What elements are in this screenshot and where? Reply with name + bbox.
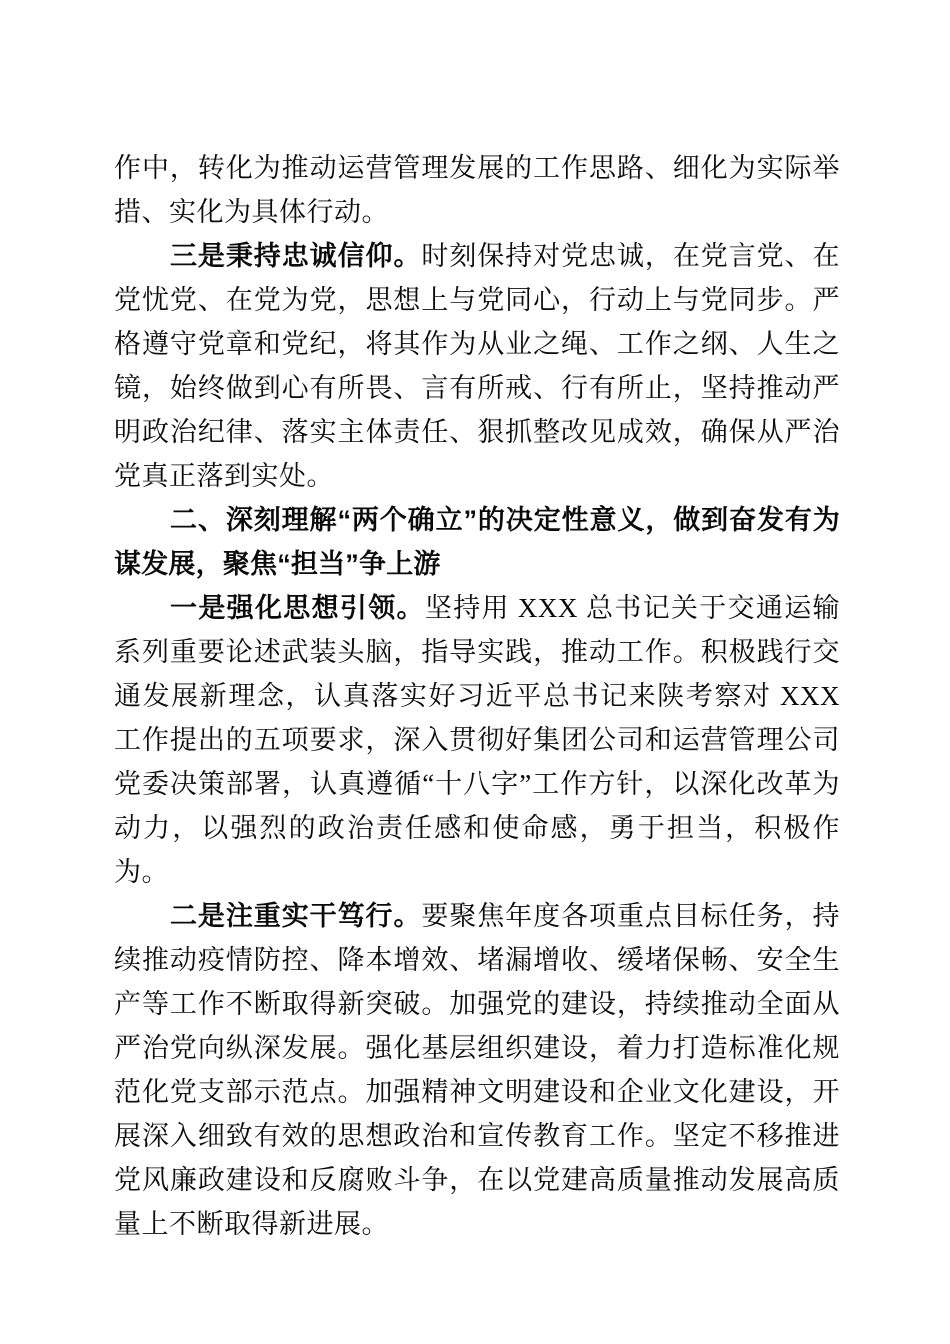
paragraph: 三是秉持忠诚信仰。时刻保持对党忠诚，在党言党、在党忧党、在党为党，思想上与党同心…: [114, 234, 840, 498]
text-run: 时刻保持对党忠诚，在党言党、在党忧党、在党为党，思想上与党同心，行动上与党同步。…: [114, 241, 840, 491]
bold-text-run: 一是强化思想引领。: [170, 593, 425, 623]
document-page: 作中，转化为推动运营管理发展的工作思路、细化为实际举措、实化为具体行动。三是秉持…: [0, 0, 950, 1344]
paragraph: 作中，转化为推动运营管理发展的工作思路、细化为实际举措、实化为具体行动。: [114, 146, 840, 234]
text-run: 坚持用 XXX 总书记关于交通运输系列重要论述武装头脑，指导实践，推动工作。积极…: [114, 593, 840, 887]
bold-text-run: 三是秉持忠诚信仰。: [170, 241, 421, 271]
document-body: 作中，转化为推动运营管理发展的工作思路、细化为实际举措、实化为具体行动。三是秉持…: [114, 146, 840, 1246]
section-heading: 二、深刻理解“两个确立”的决定性意义，做到奋发有为谋发展，聚焦“担当”争上游: [114, 498, 840, 586]
bold-text-run: 二是注重实干笃行。: [170, 901, 421, 931]
paragraph: 二是注重实干笃行。要聚焦年度各项重点目标任务，持续推动疫情防控、降本增效、堵漏增…: [114, 894, 840, 1246]
bold-text-run: 二、深刻理解“两个确立”的决定性意义，做到奋发有为谋发展，聚焦“担当”争上游: [114, 505, 840, 579]
text-run: 作中，转化为推动运营管理发展的工作思路、细化为实际举措、实化为具体行动。: [114, 153, 840, 227]
text-run: 要聚焦年度各项重点目标任务，持续推动疫情防控、降本增效、堵漏增收、缓堵保畅、安全…: [114, 901, 840, 1239]
paragraph: 一是强化思想引领。坚持用 XXX 总书记关于交通运输系列重要论述武装头脑，指导实…: [114, 586, 840, 894]
